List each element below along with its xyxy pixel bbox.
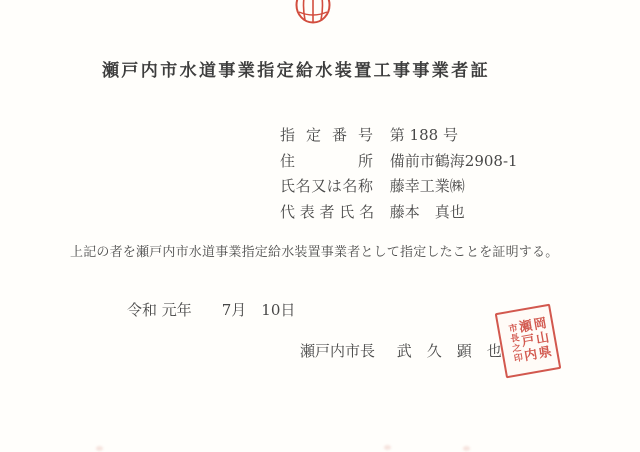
designation-number-value: 第 188 号 — [390, 126, 458, 144]
field-representative: 代 表 者 氏 名 藤本 真也 — [280, 201, 518, 217]
city-emblem-stamp-icon — [294, 0, 332, 28]
field-company-name: 氏名又は名称 藤幸工業㈱ — [280, 175, 518, 191]
issuer-name: 武 久 顕 也 — [397, 342, 502, 360]
address-label: 住 所 — [280, 150, 373, 171]
certificate-statement: 上記の者を瀬戸内市水道事業指定給水装置事業者として指定したことを証明する。 — [70, 241, 558, 260]
scan-speck — [384, 445, 391, 450]
scan-speck — [463, 446, 470, 451]
field-designation-number: 指 定 番 号 第 188 号 — [280, 124, 518, 140]
field-address: 住 所 備前市鶴海2908-1 — [280, 150, 518, 166]
certificate-page: 瀬戸内市水道事業指定給水装置工事事業者証 指 定 番 号 第 188 号 住 所… — [0, 0, 640, 452]
issuer-line: 瀬戸内市長 武 久 顕 也 — [300, 340, 502, 361]
issuer-title: 瀬戸内市長 — [300, 342, 375, 360]
designation-number-label: 指 定 番 号 — [280, 124, 373, 145]
certificate-fields: 指 定 番 号 第 188 号 住 所 備前市鶴海2908-1 氏名又は名称 藤… — [280, 124, 518, 226]
company-name-value: 藤幸工業㈱ — [390, 177, 465, 195]
company-name-label: 氏名又は名称 — [280, 175, 373, 196]
representative-label: 代 表 者 氏 名 — [280, 201, 373, 222]
mayor-seal-stamp: 市長之印 瀬戸内 岡山県 — [495, 304, 562, 379]
scan-speck — [96, 446, 103, 451]
issue-date: 令和 元年 7月 10日 — [127, 299, 295, 320]
address-value: 備前市鶴海2908-1 — [390, 152, 518, 170]
certificate-title: 瀬戸内市水道事業指定給水装置工事事業者証 — [102, 56, 490, 81]
representative-value: 藤本 真也 — [390, 203, 465, 221]
